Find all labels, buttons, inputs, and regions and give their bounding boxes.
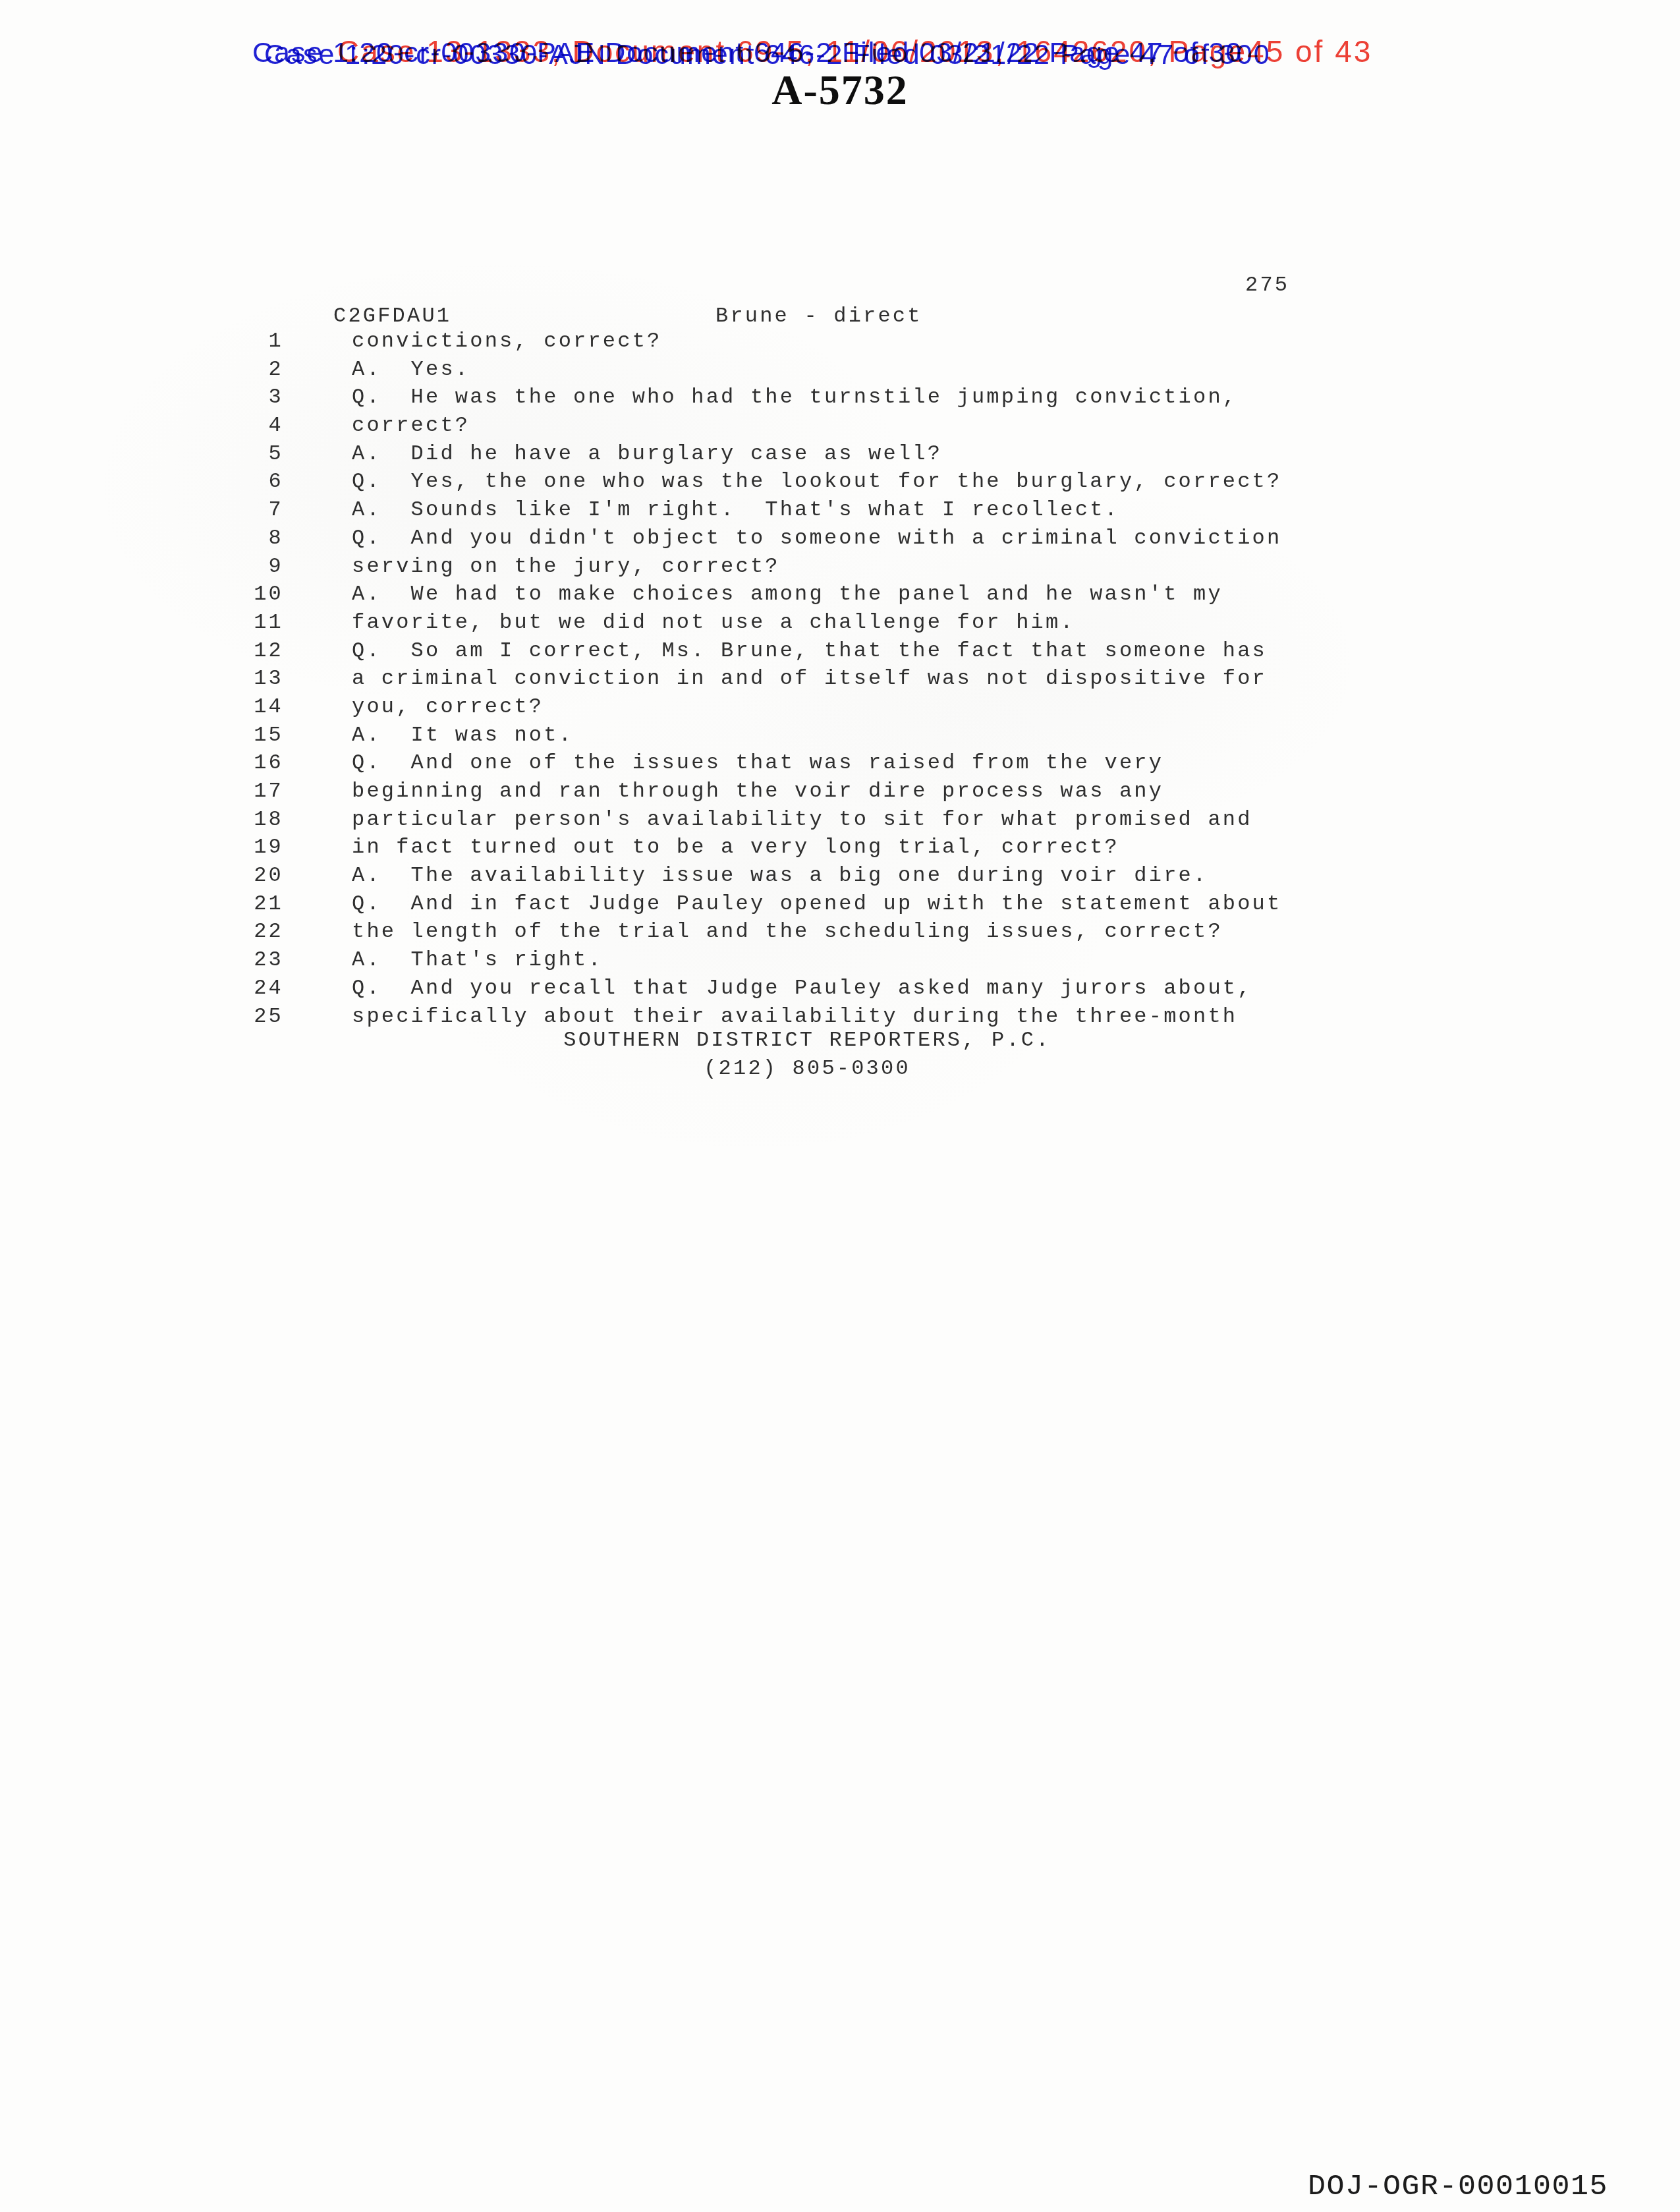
line-number: 5 (0, 441, 283, 466)
line-number: 6 (0, 469, 283, 494)
line-number: 25 (0, 1004, 283, 1029)
line-text: Q. And you didn't object to someone with… (352, 526, 1281, 550)
line-text: A. Yes. (352, 357, 470, 382)
line-number: 23 (0, 948, 283, 972)
line-number: 9 (0, 554, 283, 579)
line-text: particular person's availability to sit … (352, 807, 1252, 832)
transcript-line: 17beginning and ran through the voir dir… (0, 779, 1680, 807)
line-number: 15 (0, 723, 283, 747)
line-number: 19 (0, 835, 283, 859)
line-number: 1 (0, 329, 283, 353)
line-text: A. It was not. (352, 723, 573, 747)
line-number: 16 (0, 751, 283, 775)
line-number: 22 (0, 919, 283, 944)
line-text: Q. And you recall that Judge Pauley aske… (352, 976, 1252, 1000)
transcript-line: 5A. Did he have a burglary case as well? (0, 441, 1680, 470)
line-text: the length of the trial and the scheduli… (352, 919, 1223, 944)
line-text: serving on the jury, correct? (352, 554, 780, 579)
reporters-footer-name: SOUTHERN DISTRICT REPORTERS, P.C. (0, 1028, 1614, 1052)
transcript-line: 3Q. He was the one who had the turnstile… (0, 385, 1680, 413)
transcript-line: 4correct? (0, 413, 1680, 441)
transcript-lines: 1convictions, correct?2A. Yes.3Q. He was… (0, 329, 1680, 1032)
line-number: 14 (0, 695, 283, 719)
transcript-line: 8Q. And you didn't object to someone wit… (0, 526, 1680, 554)
transcript-line: 1convictions, correct? (0, 329, 1680, 357)
line-number: 10 (0, 582, 283, 606)
line-text: A. Did he have a burglary case as well? (352, 441, 942, 466)
transcript-line: 19in fact turned out to be a very long t… (0, 835, 1680, 863)
transcript-line: 11favorite, but we did not use a challen… (0, 610, 1680, 638)
transcript-page-number: 275 (1245, 273, 1289, 297)
appendix-number: A-5732 (0, 66, 1680, 115)
transcript-line: 18particular person's availability to si… (0, 807, 1680, 836)
transcript-line: 13a criminal conviction in and of itself… (0, 666, 1680, 695)
line-text: A. That's right. (352, 948, 603, 972)
transcript-line: 16Q. And one of the issues that was rais… (0, 751, 1680, 779)
reporters-footer-phone: (212) 805-0300 (0, 1056, 1614, 1081)
transcript-line: 22the length of the trial and the schedu… (0, 919, 1680, 948)
line-text: Q. Yes, the one who was the lookout for … (352, 469, 1281, 494)
line-number: 17 (0, 779, 283, 803)
line-number: 8 (0, 526, 283, 550)
transcript-line: 9serving on the jury, correct? (0, 554, 1680, 582)
transcript-line: 23A. That's right. (0, 948, 1680, 976)
transcript-line: 14you, correct? (0, 695, 1680, 723)
line-number: 13 (0, 666, 283, 691)
transcript-line: 12Q. So am I correct, Ms. Brune, that th… (0, 638, 1680, 667)
bates-number: DOJ-OGR-00010015 (1308, 2170, 1608, 2203)
line-text: A. The availability issue was a big one … (352, 863, 1208, 888)
line-number: 3 (0, 385, 283, 409)
line-text: specifically about their availability du… (352, 1004, 1237, 1029)
line-text: you, correct? (352, 695, 544, 719)
line-text: Q. He was the one who had the turnstile … (352, 385, 1237, 409)
line-text: A. We had to make choices among the pane… (352, 582, 1223, 606)
line-number: 11 (0, 610, 283, 635)
scanned-document-page: Case 1:20-cr-00330-PAE Document 646-2 Fi… (0, 0, 1680, 2212)
transcript-line: 6Q. Yes, the one who was the lookout for… (0, 469, 1680, 497)
line-text: in fact turned out to be a very long tri… (352, 835, 1119, 859)
transcript-line: 15A. It was not. (0, 723, 1680, 751)
line-number: 2 (0, 357, 283, 382)
line-text: a criminal conviction in and of itself w… (352, 666, 1267, 691)
transcript-line: 24Q. And you recall that Judge Pauley as… (0, 976, 1680, 1004)
line-number: 7 (0, 497, 283, 522)
transcript-session-id: C2GFDAU1 (333, 304, 451, 328)
line-text: Q. And one of the issues that was raised… (352, 751, 1163, 775)
line-text: Q. So am I correct, Ms. Brune, that the … (352, 638, 1267, 663)
line-text: favorite, but we did not use a challenge… (352, 610, 1075, 635)
transcript-line: 2A. Yes. (0, 357, 1680, 385)
case-stamp-appeal: Case 13-1333, Document 69-5, 11/06/2013,… (337, 34, 1372, 69)
transcript-caption: Brune - direct (715, 304, 922, 328)
line-number: 21 (0, 892, 283, 916)
line-number: 24 (0, 976, 283, 1000)
line-number: 12 (0, 638, 283, 663)
line-text: A. Sounds like I'm right. That's what I … (352, 497, 1119, 522)
transcript-line: 10A. We had to make choices among the pa… (0, 582, 1680, 610)
line-number: 4 (0, 413, 283, 438)
transcript-line: 20A. The availability issue was a big on… (0, 863, 1680, 892)
line-text: convictions, correct? (352, 329, 661, 353)
line-text: beginning and ran through the voir dire … (352, 779, 1163, 803)
line-text: Q. And in fact Judge Pauley opened up wi… (352, 892, 1281, 916)
line-number: 18 (0, 807, 283, 832)
transcript-line: 21Q. And in fact Judge Pauley opened up … (0, 892, 1680, 920)
line-text: correct? (352, 413, 470, 438)
transcript-line: 7A. Sounds like I'm right. That's what I… (0, 497, 1680, 526)
line-number: 20 (0, 863, 283, 888)
